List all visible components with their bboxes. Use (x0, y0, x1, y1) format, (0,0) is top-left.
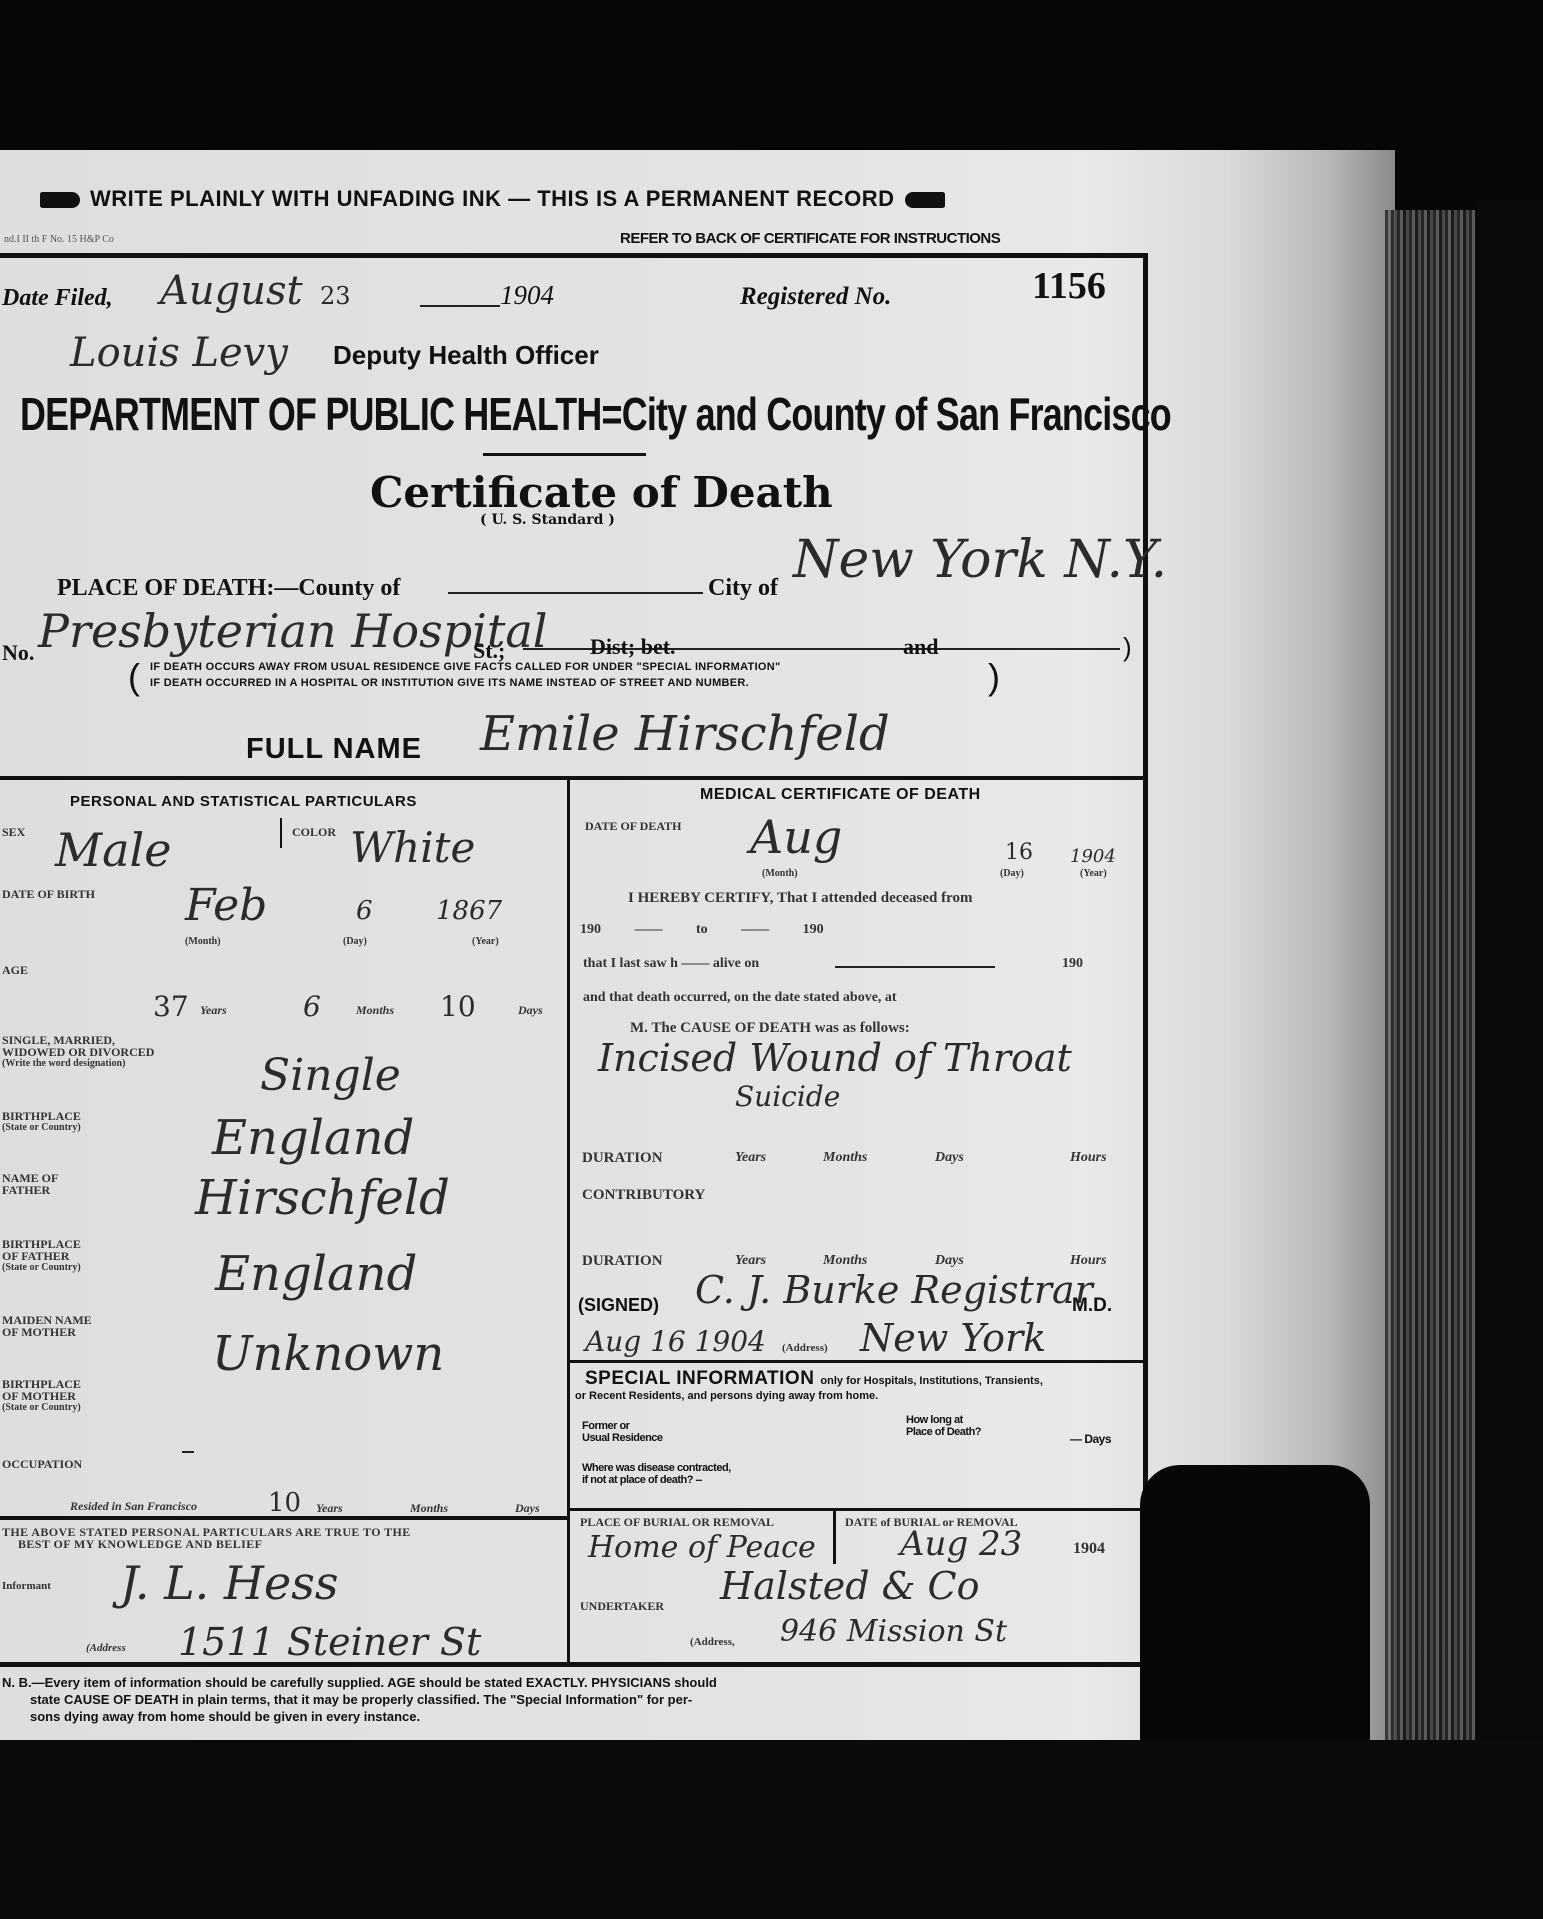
personal-heading: PERSONAL AND STATISTICAL PARTICULARS (70, 793, 417, 810)
informant-statement-2: BEST OF MY KNOWLEDGE AND BELIEF (18, 1538, 262, 1550)
signed-label: (SIGNED) (578, 1295, 659, 1316)
father-label-2: FATHER (2, 1184, 50, 1196)
marital-label-2: WIDOWED OR DIVORCED (2, 1046, 154, 1058)
informant-address: 1511 Steiner St (178, 1620, 481, 1664)
undertaker-address: 946 Mission St (780, 1614, 1007, 1649)
duration-months: Months (823, 1150, 867, 1166)
age-days-caption: Days (518, 1004, 543, 1016)
sex-label: SEX (2, 826, 25, 838)
date-filed-year: 1904 (500, 280, 554, 311)
dob-month: Feb (185, 880, 267, 931)
close-paren: ) (1123, 632, 1132, 663)
father-bp-label-2: OF FATHER (2, 1250, 69, 1262)
where-label-2: if not at place of death? -- (582, 1474, 702, 1486)
age-years: 37 (153, 990, 189, 1023)
date-filed-label: Date Filed, (2, 285, 113, 312)
father-bp-label-3: (State or Country) (2, 1262, 81, 1274)
age-days: 10 (440, 990, 476, 1023)
top-banner: WRITE PLAINLY WITH UNFADING INK — THIS I… (40, 186, 945, 212)
officer-title: Deputy Health Officer (333, 340, 599, 371)
attended-from-to: 190 —— to —— 190 (580, 922, 824, 938)
form-bottom-rule (0, 1662, 1148, 1667)
last-saw-line-blank (835, 966, 995, 968)
mother-label-2: OF MOTHER (2, 1326, 76, 1338)
dob-day: 6 (356, 896, 373, 926)
contributory-label: CONTRIBUTORY (582, 1187, 705, 1204)
occupation-dash (182, 1451, 194, 1453)
sex-value: Male (55, 823, 171, 877)
age-label: AGE (2, 964, 28, 976)
color-divider (280, 818, 282, 848)
where-label-1: Where was disease contracted, (582, 1462, 731, 1474)
former-label-1: Former or (582, 1420, 629, 1432)
marital-label-3: (Write the word designation) (2, 1058, 125, 1070)
pointing-hand-icon (40, 192, 80, 208)
informant-value: J. L. Hess (120, 1556, 338, 1610)
birthplace-value: England (212, 1110, 414, 1166)
duration-days-2: Days (935, 1253, 964, 1269)
undertaker-address-label: (Address, (690, 1636, 735, 1648)
informant-address-label: (Address (86, 1642, 126, 1654)
burial-place-label: PLACE OF BURIAL OR REMOVAL (580, 1516, 774, 1528)
date-filed-underline (420, 305, 500, 307)
mother-bp-label-2: OF MOTHER (2, 1390, 76, 1402)
father-bp-value: England (215, 1246, 417, 1302)
md-label: M.D. (1072, 1295, 1112, 1317)
burial-place: Home of Peace (588, 1530, 816, 1565)
occurred-line: and that death occurred, on the date sta… (583, 990, 897, 1006)
special-heading-rest: only for Hospitals, Institutions, Transi… (820, 1375, 1042, 1387)
date-filed-month: August (160, 268, 303, 314)
last-saw-line: that I last saw h —— alive on (583, 956, 759, 972)
dob-year: 1867 (436, 896, 502, 926)
undertaker-value: Halsted & Co (720, 1564, 979, 1608)
book-dark-edge (1475, 200, 1543, 1760)
special-heading: SPECIAL INFORMATIONonly for Hospitals, I… (585, 1368, 1043, 1390)
note-close-paren: ) (988, 656, 1000, 698)
special-heading-main: SPECIAL INFORMATION (585, 1368, 814, 1389)
cause-secondary: Suicide (735, 1080, 840, 1113)
us-standard: ( U. S. Standard ) (480, 512, 615, 528)
resided-years-caption: Years (316, 1502, 343, 1514)
date-of-death-label: DATE OF DEATH (585, 820, 681, 832)
district-label: Dist; bet. (590, 634, 676, 660)
duration-hours-2: Hours (1070, 1253, 1107, 1269)
department-title: DEPARTMENT OF PUBLIC HEALTH=City and Cou… (20, 387, 1171, 441)
dob-month-caption: (Month) (185, 936, 221, 948)
age-months: 6 (303, 990, 321, 1023)
undertaker-label: UNDERTAKER (580, 1600, 664, 1612)
city-value: New York N.Y. (793, 530, 1167, 590)
registered-no: 1156 (1032, 264, 1106, 308)
birthplace-label-2: (State or Country) (2, 1122, 81, 1134)
last-saw-year: 190 (1062, 956, 1083, 972)
signed-address-label: (Address) (782, 1342, 828, 1354)
resided-years: 10 (268, 1488, 301, 1518)
age-months-caption: Months (356, 1004, 394, 1016)
refer-note: REFER TO BACK OF CERTIFICATE FOR INSTRUC… (620, 230, 1000, 247)
how-long-value: — Days (1070, 1432, 1111, 1446)
medical-heading: MEDICAL CERTIFICATE OF DEATH (700, 786, 981, 804)
duration-months-2: Months (823, 1253, 867, 1269)
section-divider (0, 776, 1148, 780)
death-day-caption: (Day) (1000, 868, 1024, 880)
informant-divider (0, 1516, 567, 1520)
signed-value: C. J. Burke Registrar (695, 1268, 1093, 1312)
cause-line: M. The CAUSE OF DEATH was as follows: (630, 1020, 910, 1037)
duration-label: DURATION (582, 1150, 663, 1167)
color-label: COLOR (292, 826, 336, 838)
cause-primary: Incised Wound of Throat (598, 1036, 1072, 1080)
former-label-2: Usual Residence (582, 1432, 663, 1444)
date-filed-day: 23 (320, 282, 351, 310)
mother-value: Unknown (212, 1326, 444, 1382)
dob-day-caption: (Day) (343, 936, 367, 948)
footnote-line-1: N. B.—Every item of information should b… (2, 1675, 717, 1690)
note-open-paren: ( (128, 656, 140, 698)
county-line (448, 592, 703, 594)
and-label: and (903, 634, 938, 660)
duration-hours: Hours (1070, 1150, 1107, 1166)
scan-thumb-shadow (1140, 1465, 1370, 1765)
dob-label: DATE OF BIRTH (2, 888, 95, 900)
mother-bp-label-3: (State or Country) (2, 1402, 81, 1414)
burial-year: 1904 (1073, 1540, 1105, 1558)
printer-mark: nd.I II th F No. 15 H&P Co (4, 234, 114, 245)
signed-address: New York (860, 1316, 1046, 1360)
death-year: 1904 (1070, 846, 1116, 867)
special-heading-line2: or Recent Residents, and persons dying a… (575, 1390, 878, 1402)
no-label: No. (2, 640, 34, 666)
color-value: White (350, 823, 475, 872)
burial-divider (568, 1508, 1148, 1511)
signed-date: Aug 16 1904 (585, 1325, 766, 1358)
column-divider (567, 778, 570, 1518)
place-note-2: IF DEATH OCCURRED IN A HOSPITAL OR INSTI… (150, 677, 749, 689)
footnote-line-3: sons dying away from home should be give… (30, 1709, 420, 1724)
footnote-line-2: state CAUSE OF DEATH in plain terms, tha… (30, 1692, 692, 1707)
street-value: Presbyterian Hospital (38, 604, 547, 658)
pointing-hand-icon (905, 192, 945, 208)
resided-days-caption: Days (515, 1502, 540, 1514)
full-name-value: Emile Hirschfeld (480, 706, 890, 762)
certify-line: I HEREBY CERTIFY, That I attended deceas… (628, 890, 973, 907)
death-day: 16 (1005, 840, 1033, 865)
informant-label: Informant (2, 1580, 51, 1592)
how-long-label-2: Place of Death? (906, 1426, 981, 1438)
resided-label: Resided in San Francisco (70, 1500, 197, 1512)
death-month: Aug (750, 810, 842, 864)
officer-signature: Louis Levy (70, 330, 288, 376)
full-name-label: FULL NAME (246, 733, 422, 766)
burial-column-divider (833, 1510, 836, 1564)
age-years-caption: Years (200, 1004, 227, 1016)
dob-year-caption: (Year) (472, 936, 499, 948)
resided-months-caption: Months (410, 1502, 448, 1514)
duration-years: Years (735, 1150, 766, 1166)
occupation-label: OCCUPATION (2, 1458, 82, 1470)
place-of-death-label: PLACE OF DEATH:—County of (57, 575, 400, 602)
marital-value: Single (260, 1050, 401, 1101)
book-spine-edge (1385, 210, 1475, 1770)
lower-column-divider (567, 1516, 570, 1664)
special-divider (568, 1360, 1148, 1363)
registered-no-label: Registered No. (740, 283, 891, 311)
father-value: Hirschfeld (195, 1170, 450, 1226)
how-long-label-1: How long at (906, 1414, 963, 1426)
duration-years-2: Years (735, 1253, 766, 1269)
title-divider (483, 453, 646, 456)
duration-days: Days (935, 1150, 964, 1166)
duration-label-2: DURATION (582, 1253, 663, 1270)
certificate-title: Certificate of Death (370, 468, 833, 517)
death-month-caption: (Month) (762, 868, 798, 880)
birthplace-label-1: BIRTHPLACE (2, 1110, 81, 1122)
burial-date: Aug 23 (900, 1524, 1022, 1564)
city-label: City of (708, 575, 778, 602)
scan-bottom-shadow (0, 1740, 1543, 1919)
death-year-caption: (Year) (1080, 868, 1107, 880)
place-note-1: IF DEATH OCCURS AWAY FROM USUAL RESIDENC… (150, 661, 781, 673)
